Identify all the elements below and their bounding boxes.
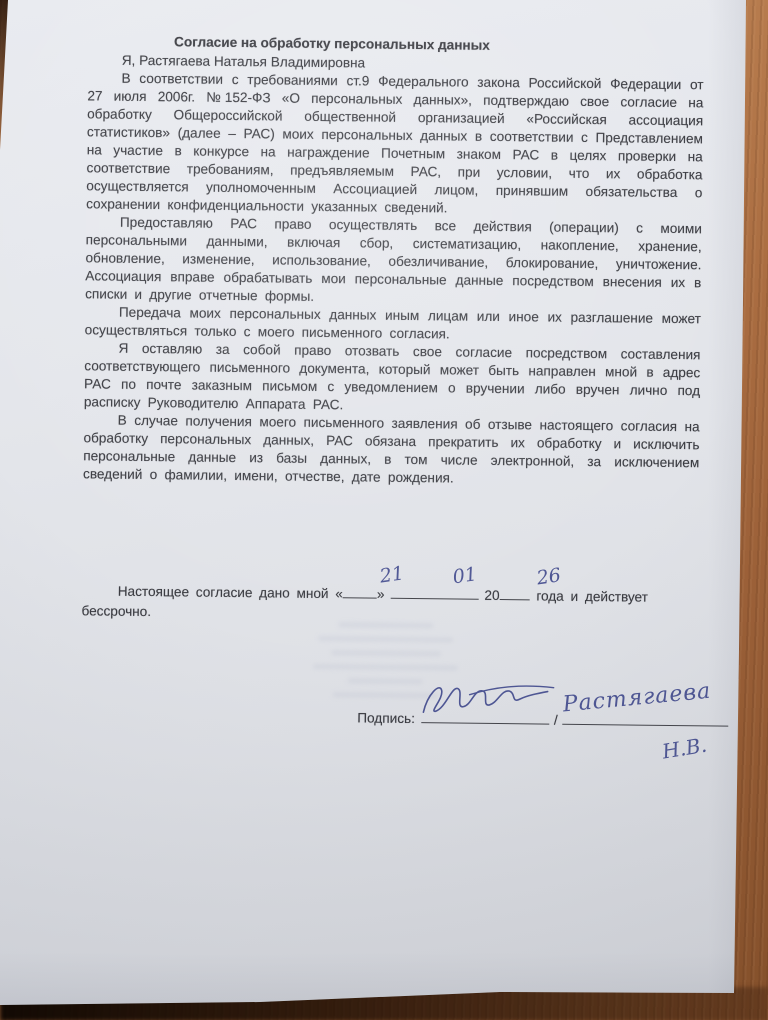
paper-sheet: Согласие на обработку персональных данны…	[0, 0, 768, 1020]
document-photo: Согласие на обработку персональных данны…	[0, 0, 768, 1020]
photo-vignette	[0, 0, 768, 1020]
